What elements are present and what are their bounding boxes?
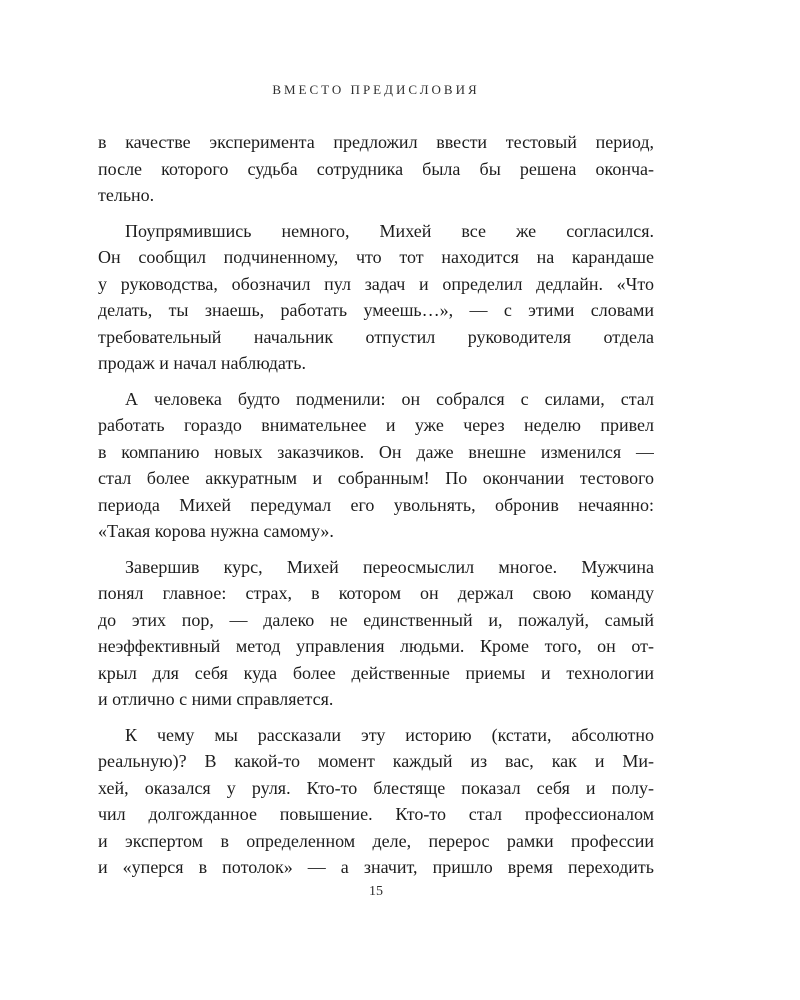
text-line: «Такая корова нужна самому». [98, 518, 654, 545]
text-line: и «уперся в потолок» — а значит, пришло … [98, 854, 654, 881]
text-line: у руководства, обозначил пул задач и опр… [98, 271, 654, 298]
text-line: тельно. [98, 182, 654, 209]
text-line: в компанию новых заказчиков. Он даже вне… [98, 439, 654, 466]
paragraph: К чему мы рассказали эту историю (кстати… [98, 722, 654, 881]
text-line: продаж и начал наблюдать. [98, 350, 654, 377]
text-line: Он сообщил подчиненному, что тот находит… [98, 244, 654, 271]
text-line: делать, ты знаешь, работать умеешь…», — … [98, 297, 654, 324]
text-line: до этих пор, — далеко не единственный и,… [98, 607, 654, 634]
text-line: требовательный начальник отпустил руково… [98, 324, 654, 351]
text-line: стал более аккуратным и собранным! По ок… [98, 465, 654, 492]
text-line: и экспертом в определенном деле, перерос… [98, 828, 654, 855]
page-number: 15 [98, 884, 654, 900]
text-line: периода Михей передумал его увольнять, о… [98, 492, 654, 519]
running-head: ВМЕСТО ПРЕДИСЛОВИЯ [98, 82, 654, 98]
text-line: работать гораздо внимательнее и уже чере… [98, 412, 654, 439]
text-line: понял главное: страх, в котором он держа… [98, 580, 654, 607]
book-page: ВМЕСТО ПРЕДИСЛОВИЯ в качестве эксперимен… [0, 0, 800, 1000]
paragraph: А человека будто подменили: он собрался … [98, 386, 654, 545]
paragraph: Поупрямившись немного, Михей все же согл… [98, 218, 654, 377]
text-block: в качестве эксперимента предложил ввести… [98, 129, 654, 890]
text-line: неэффективный метод управления людьми. К… [98, 633, 654, 660]
text-line: в качестве эксперимента предложил ввести… [98, 129, 654, 156]
text-line: А человека будто подменили: он собрался … [98, 386, 654, 413]
text-line: крыл для себя куда более действенные при… [98, 660, 654, 687]
paragraph: в качестве эксперимента предложил ввести… [98, 129, 654, 209]
text-line: Завершив курс, Михей переосмыслил многое… [98, 554, 654, 581]
text-line: К чему мы рассказали эту историю (кстати… [98, 722, 654, 749]
text-line: чил долгожданное повышение. Кто-то стал … [98, 801, 654, 828]
text-line: реальную)? В какой-то момент каждый из в… [98, 748, 654, 775]
paragraph: Завершив курс, Михей переосмыслил многое… [98, 554, 654, 713]
text-line: после которого судьба сотрудника была бы… [98, 156, 654, 183]
text-line: и отлично с ними справляется. [98, 686, 654, 713]
text-line: хей, оказался у руля. Кто-то блестяще по… [98, 775, 654, 802]
text-line: Поупрямившись немного, Михей все же согл… [98, 218, 654, 245]
